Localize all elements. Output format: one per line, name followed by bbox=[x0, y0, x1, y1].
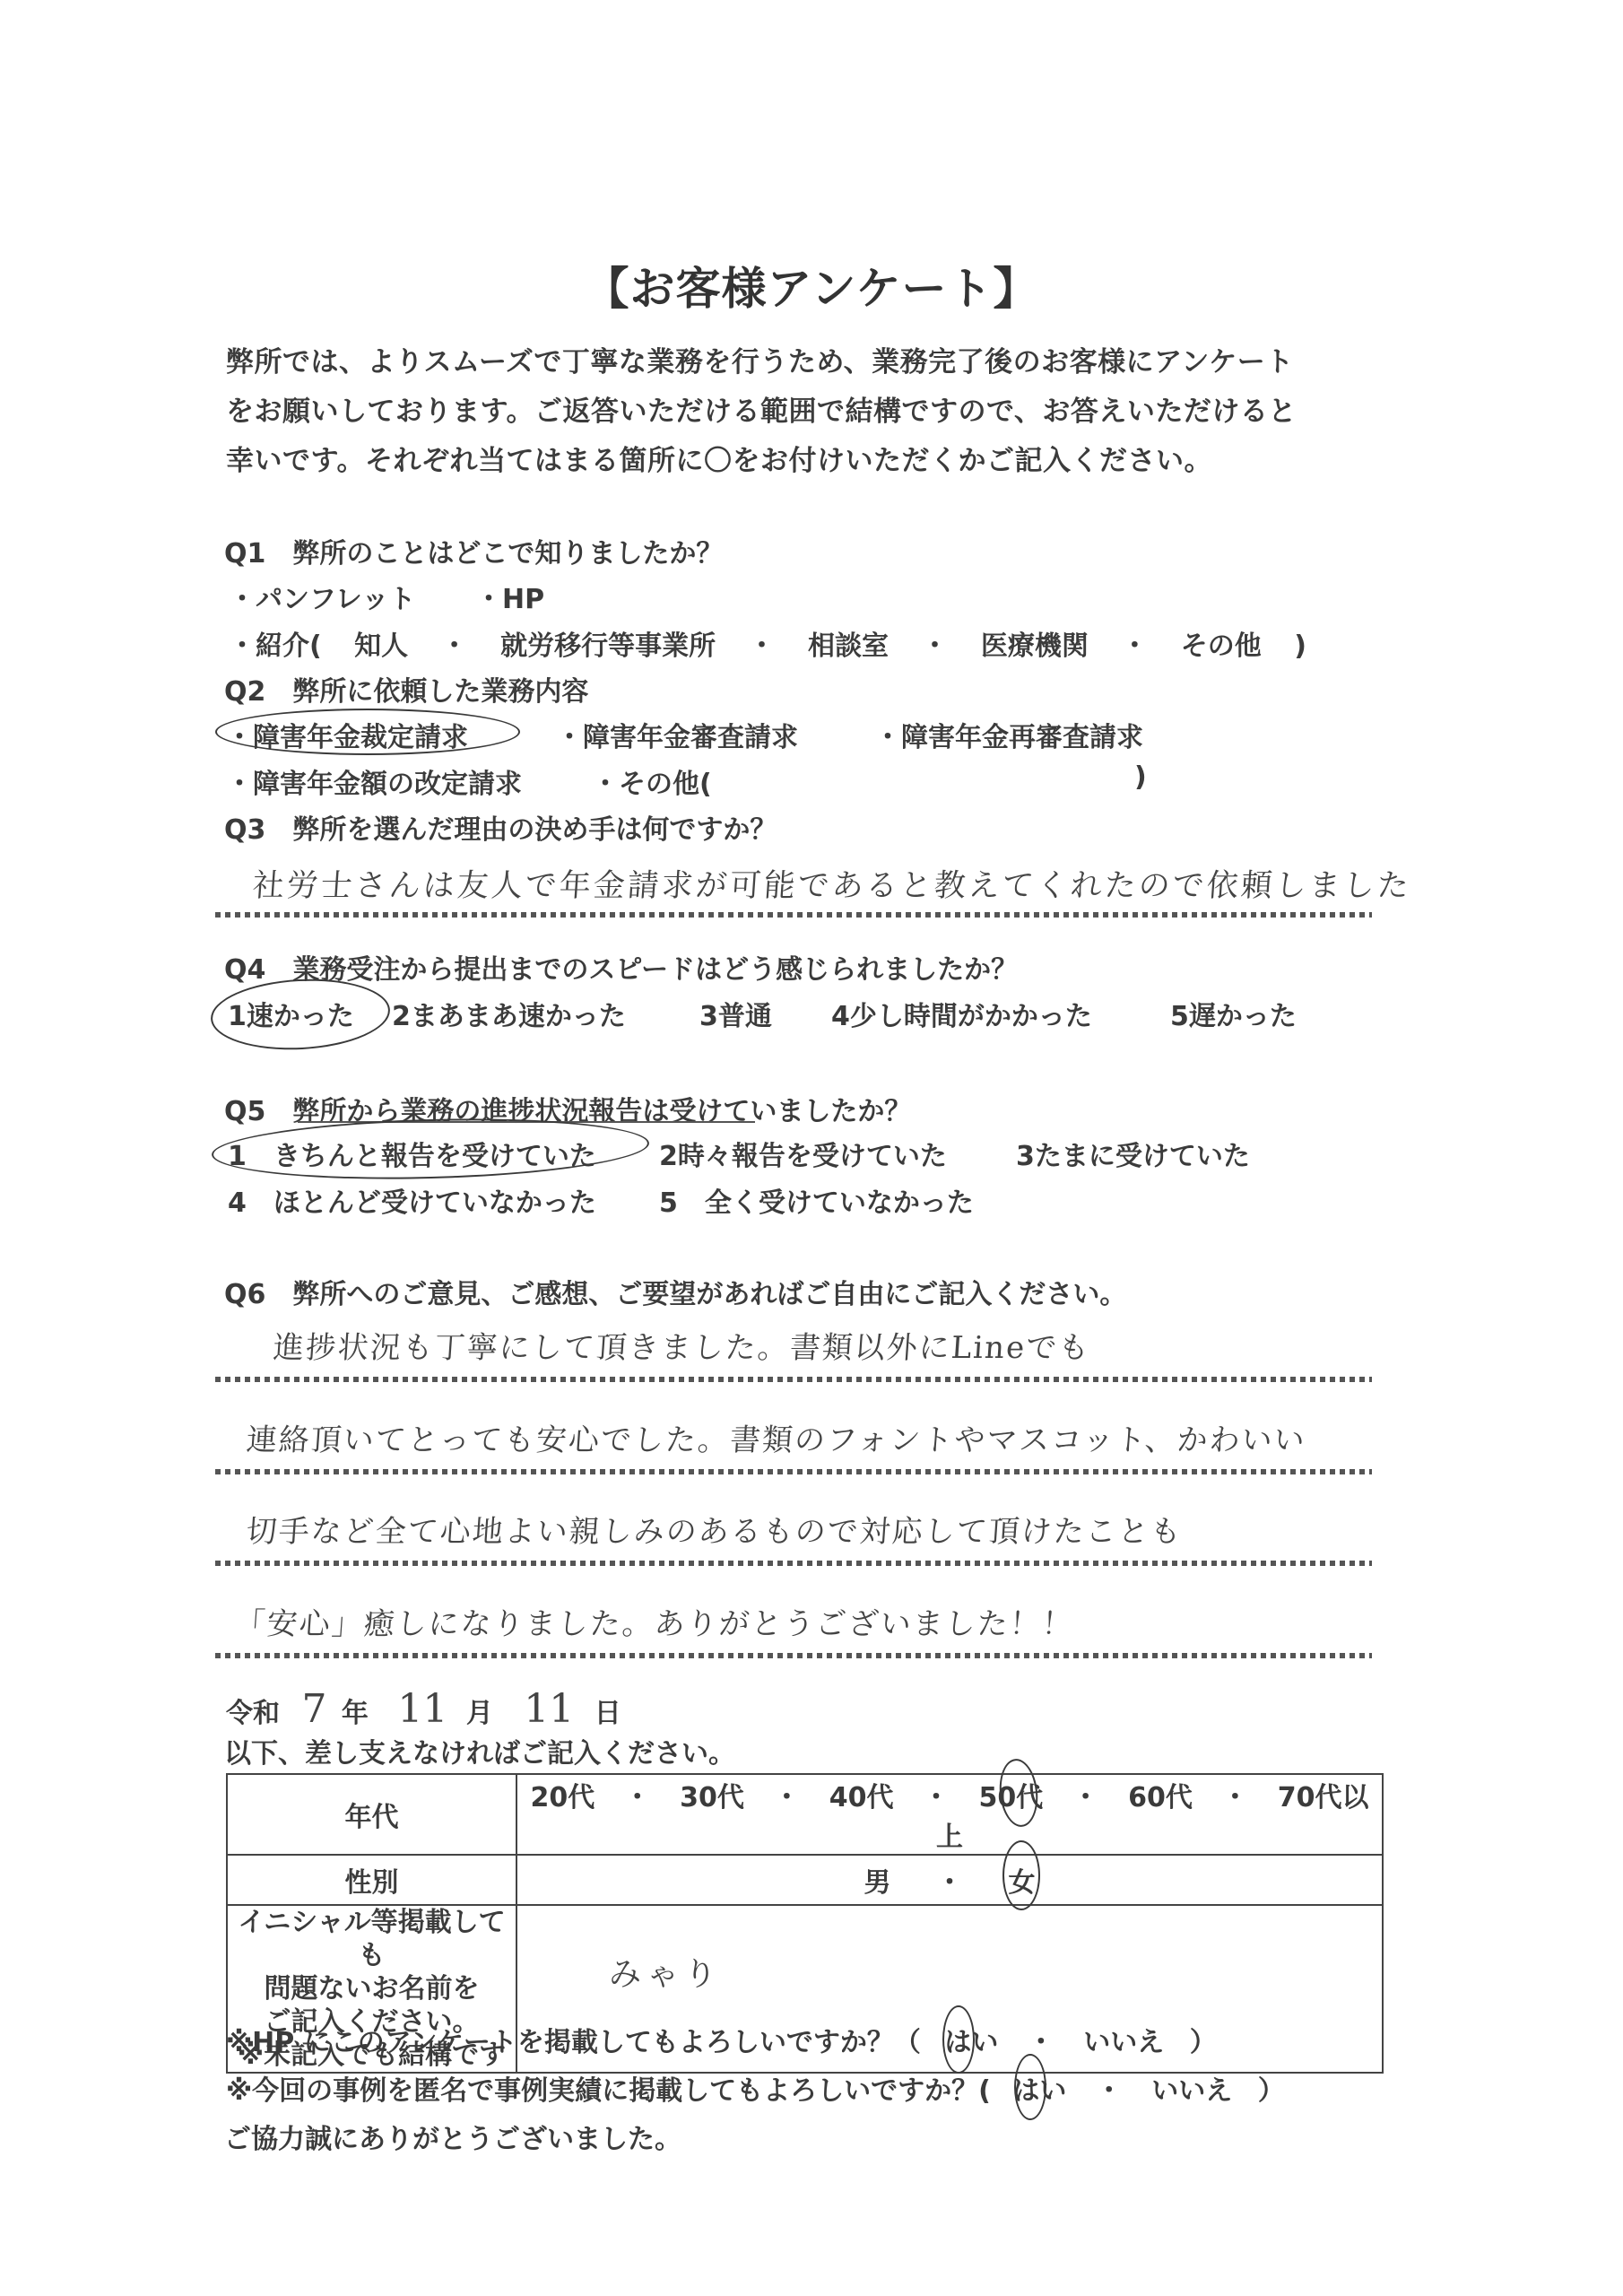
intro-line-3: 幸いです。それぞれ当てはまる箇所に〇をお付けいただくかご記入ください。 bbox=[226, 438, 1212, 478]
date-year-value[interactable]: 7 bbox=[301, 1686, 326, 1732]
q4-option-normal[interactable]: 3普通 bbox=[699, 994, 772, 1033]
date-day-label: 日 bbox=[595, 1698, 621, 1729]
name-value: みゃり bbox=[609, 1949, 722, 1995]
gender-label: 性別 bbox=[227, 1855, 516, 1905]
referral-employment-office[interactable]: 就労移行等事業所 bbox=[500, 631, 716, 662]
dotted-line bbox=[215, 1561, 1372, 1566]
dotted-line bbox=[215, 1653, 1372, 1658]
intro-line-2: をお願いしております。ご返答いただける範囲で結構ですので、お答えいただけると bbox=[226, 388, 1297, 429]
gender-female[interactable]: 女 bbox=[1008, 1860, 1035, 1900]
age-30s[interactable]: 30代 bbox=[680, 1782, 744, 1813]
q6-question: Q6 弊所へのご意見、ご感想、ご要望があればご自由にご記入ください。 bbox=[224, 1272, 1126, 1311]
date-era: 令和 bbox=[226, 1698, 280, 1729]
referral-label: ・紹介( bbox=[229, 631, 322, 662]
page-title: 【お客様アンケート】 bbox=[0, 253, 1623, 317]
separator: ・ bbox=[441, 631, 468, 662]
age-40s[interactable]: 40代 bbox=[829, 1782, 894, 1813]
q6-answer-line-3[interactable]: 切手など全て心地よい親しみのあるもので対応して頂けたことも bbox=[245, 1507, 1184, 1551]
date-month-value[interactable]: 11 bbox=[397, 1686, 447, 1732]
referral-acquaintance[interactable]: 知人 bbox=[354, 631, 408, 662]
separator: ・ bbox=[1096, 2075, 1123, 2107]
close-paren: ） bbox=[1258, 2075, 1285, 2107]
age-60s[interactable]: 60代 bbox=[1128, 1782, 1193, 1813]
q5-option-rarely[interactable]: 4 ほとんど受けていなかった bbox=[228, 1180, 596, 1220]
q4-option-slightly-slow[interactable]: 4少し時間がかかった bbox=[831, 994, 1092, 1033]
hp-no-option[interactable]: いいえ bbox=[1083, 2027, 1164, 2058]
q2-other-close-paren: ) bbox=[1134, 761, 1147, 793]
q3-question: Q3 弊所を選んだ理由の決め手は何ですか？ bbox=[224, 807, 777, 847]
q2-option-amount-revision[interactable]: ・障害年金額の改定請求 bbox=[226, 761, 522, 801]
q5-option-never[interactable]: 5 全く受けていなかった bbox=[659, 1180, 974, 1220]
q1-option-pamphlet[interactable]: ・パンフレット bbox=[229, 577, 416, 616]
age-options: 20代 ・ 30代 ・ 40代 ・ 50代 ・ 60代 ・ 70代以上 bbox=[516, 1774, 1383, 1855]
case-permission-question: ※今回の事例を匿名で事例実績に掲載してもよろしいですか？( はい ・ いいえ ） bbox=[226, 2068, 1285, 2108]
q2-option-review-request[interactable]: ・障害年金審査請求 bbox=[556, 715, 798, 754]
q6-answer-line-1[interactable]: 進捗状況も丁寧にして頂きました。書類以外にLineでも bbox=[272, 1323, 1092, 1367]
referral-other[interactable]: その他 bbox=[1181, 631, 1262, 662]
intro-line-1: 弊所では、よりスムーズで丁寧な業務を行うため、業務完了後のお客様にアンケート bbox=[226, 339, 1294, 379]
separator: ・ bbox=[921, 631, 948, 662]
case-yes-option[interactable]: はい bbox=[1012, 2068, 1066, 2108]
case-no-option[interactable]: いいえ bbox=[1151, 2075, 1232, 2107]
dotted-line bbox=[215, 1469, 1372, 1474]
age-20s[interactable]: 20代 bbox=[530, 1782, 595, 1813]
date-year-label: 年 bbox=[342, 1698, 369, 1729]
q1-question: Q1 弊所のことはどこで知りましたか？ bbox=[224, 531, 723, 570]
q4-question: Q4 業務受注から提出までのスピードはどう感じられましたか？ bbox=[224, 947, 1018, 987]
close-paren: ） bbox=[1190, 2027, 1217, 2058]
case-question-text: ※今回の事例を匿名で事例実績に掲載してもよろしいですか？( bbox=[226, 2075, 991, 2107]
q4-option-slow[interactable]: 5遅かった bbox=[1170, 994, 1297, 1033]
separator: ・ bbox=[1121, 631, 1148, 662]
dotted-line bbox=[215, 912, 1372, 918]
date-day-value[interactable]: 11 bbox=[524, 1686, 574, 1732]
referral-consultation-room[interactable]: 相談室 bbox=[808, 631, 889, 662]
q2-question: Q2 弊所に依頼した業務内容 bbox=[224, 669, 588, 709]
age-50s[interactable]: 50代 bbox=[978, 1775, 1043, 1814]
selection-circle bbox=[1014, 2054, 1046, 2120]
q5-option-sometimes[interactable]: 2時々報告を受けていた bbox=[659, 1134, 947, 1173]
separator: ・ bbox=[749, 631, 776, 662]
gender-male[interactable]: 男 bbox=[864, 1867, 891, 1899]
hp-permission-question: ※HP にこのアンケートを掲載してもよろしいですか？（ はい ・ いいえ ） bbox=[226, 2020, 1217, 2059]
q5-option-occasionally[interactable]: 3たまに受けていた bbox=[1016, 1134, 1250, 1173]
q2-option-re-review-request[interactable]: ・障害年金再審査請求 bbox=[874, 715, 1143, 754]
optional-note: 以下、差し支えなければご記入ください。 bbox=[224, 1731, 735, 1770]
name-label-line: 問題ないお名前を bbox=[228, 1972, 516, 2005]
q1-option-hp[interactable]: ・HP bbox=[475, 577, 544, 616]
q1-option-referral: ・紹介( 知人 ・ 就労移行等事業所 ・ 相談室 ・ 医療機関 ・ その他 ) bbox=[229, 623, 1306, 663]
thanks-message: ご協力誠にありがとうございました。 bbox=[224, 2117, 681, 2156]
q6-answer-line-4[interactable]: 「安心」癒しになりました。ありがとうございました！！ bbox=[233, 1599, 1075, 1643]
selection-circle bbox=[1002, 1840, 1040, 1910]
selection-circle bbox=[215, 709, 520, 755]
dotted-line bbox=[215, 1377, 1372, 1382]
age-label: 年代 bbox=[227, 1774, 516, 1855]
date-month-label: 月 bbox=[466, 1698, 493, 1729]
hp-question-text: ※HP にこのアンケートを掲載してもよろしいですか？（ bbox=[226, 2027, 921, 2058]
q3-answer[interactable]: 社労士さんは友人で年金請求が可能であると教えてくれたので依頼しました bbox=[251, 861, 1413, 906]
selection-circle bbox=[209, 975, 392, 1054]
date-line: 令和 7 年 11 月 11 日 bbox=[226, 1686, 621, 1732]
selection-circle bbox=[997, 1757, 1042, 1829]
q6-answer-line-2[interactable]: 連絡頂いてとっても安心でした。書類のフォントやマスコット、かわいい bbox=[245, 1415, 1307, 1459]
hp-yes-option[interactable]: はい bbox=[944, 2020, 998, 2059]
q2-option-other[interactable]: ・その他( bbox=[592, 761, 712, 801]
q4-option-fairly-fast[interactable]: 2まあまあ速かった bbox=[392, 994, 626, 1033]
referral-medical-institution[interactable]: 医療機関 bbox=[981, 631, 1089, 662]
gender-options: 男 ・ 女 bbox=[516, 1855, 1383, 1905]
close-paren: ) bbox=[1294, 631, 1306, 662]
name-label-line: イニシャル等掲載しても bbox=[228, 1906, 516, 1972]
